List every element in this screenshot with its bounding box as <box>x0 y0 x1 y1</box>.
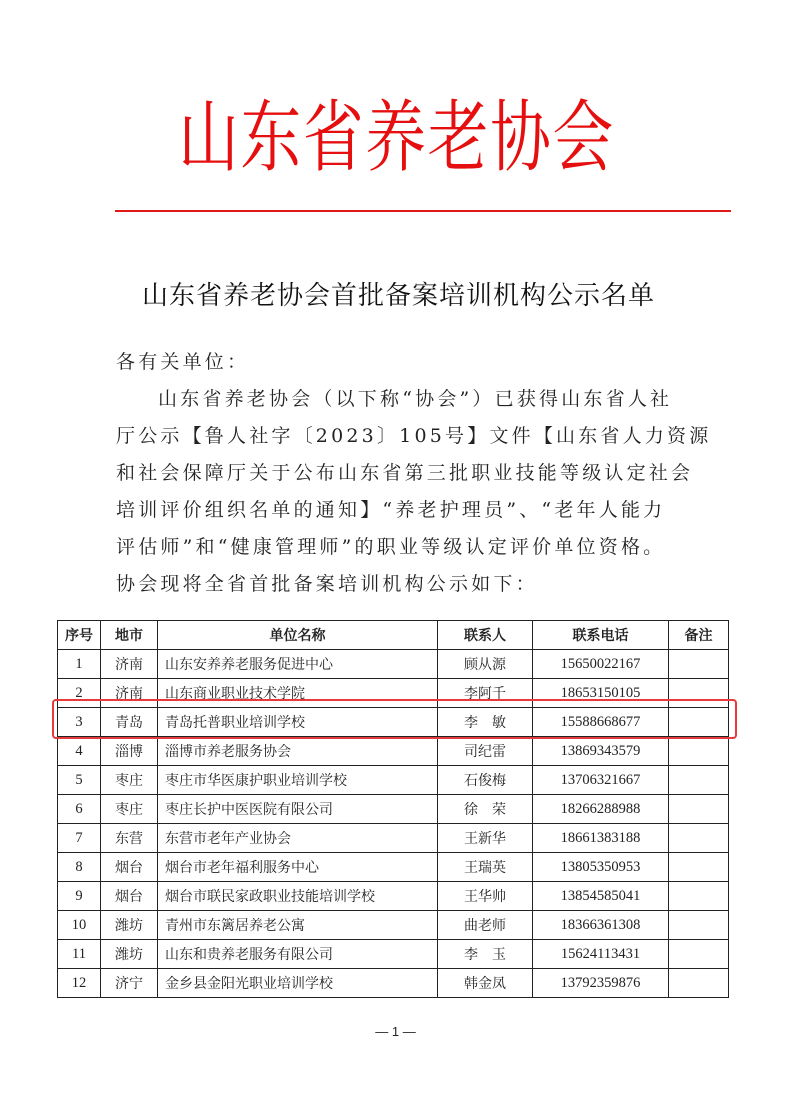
cell-no: 7 <box>58 824 101 853</box>
cell-city: 青岛 <box>101 708 158 737</box>
cell-contact: 顾从源 <box>438 650 533 679</box>
cell-phone: 18366361308 <box>533 911 669 940</box>
cell-no: 4 <box>58 737 101 766</box>
cell-contact: 曲老师 <box>438 911 533 940</box>
paragraph-line: 厅公示【鲁人社字〔2023〕105号】文件【山东省人力资源 <box>116 418 676 455</box>
cell-note <box>669 679 729 708</box>
cell-phone: 15624113431 <box>533 940 669 969</box>
cell-city: 烟台 <box>101 853 158 882</box>
cell-contact: 徐 荣 <box>438 795 533 824</box>
institution-roster-table: 序号 地市 单位名称 联系人 联系电话 备注 1济南山东安养养老服务促进中心顾从… <box>57 620 729 998</box>
cell-city: 潍坊 <box>101 911 158 940</box>
paragraph-line: 山东省养老协会（以下称“协会”）已获得山东省人社 <box>116 381 676 418</box>
table-row: 3青岛青岛托普职业培训学校李 敏15588668677 <box>58 708 729 737</box>
cell-phone: 18661383188 <box>533 824 669 853</box>
cell-phone: 18653150105 <box>533 679 669 708</box>
header-phone: 联系电话 <box>533 621 669 650</box>
cell-note <box>669 940 729 969</box>
letterhead-divider <box>115 210 731 212</box>
cell-note <box>669 795 729 824</box>
cell-unit-name: 金乡县金阳光职业培训学校 <box>158 969 438 998</box>
cell-phone: 13869343579 <box>533 737 669 766</box>
cell-unit-name: 淄博市养老服务协会 <box>158 737 438 766</box>
cell-contact: 韩金凤 <box>438 969 533 998</box>
table-row: 6枣庄枣庄长护中医医院有限公司徐 荣18266288988 <box>58 795 729 824</box>
table-row: 7东营东营市老年产业协会王新华18661383188 <box>58 824 729 853</box>
cell-contact: 李阿千 <box>438 679 533 708</box>
body-paragraph: 山东省养老协会（以下称“协会”）已获得山东省人社 厅公示【鲁人社字〔2023〕1… <box>116 381 676 603</box>
header-no: 序号 <box>58 621 101 650</box>
cell-no: 9 <box>58 882 101 911</box>
cell-contact: 石俊梅 <box>438 766 533 795</box>
cell-note <box>669 882 729 911</box>
cell-no: 10 <box>58 911 101 940</box>
cell-phone: 13805350953 <box>533 853 669 882</box>
cell-no: 6 <box>58 795 101 824</box>
cell-note <box>669 824 729 853</box>
cell-unit-name: 青州市东篱居养老公寓 <box>158 911 438 940</box>
cell-phone: 15650022167 <box>533 650 669 679</box>
table-row: 8烟台烟台市老年福利服务中心王瑞英13805350953 <box>58 853 729 882</box>
table-row: 9烟台烟台市联民家政职业技能培训学校王华帅13854585041 <box>58 882 729 911</box>
cell-city: 淄博 <box>101 737 158 766</box>
cell-no: 3 <box>58 708 101 737</box>
paragraph-line: 和社会保障厅关于公布山东省第三批职业技能等级认定社会 <box>116 455 676 492</box>
table-header-row: 序号 地市 单位名称 联系人 联系电话 备注 <box>58 621 729 650</box>
paragraph-line: 评估师”和“健康管理师”的职业等级认定评价单位资格。 <box>116 529 676 566</box>
cell-unit-name: 东营市老年产业协会 <box>158 824 438 853</box>
document-title: 山东省养老协会首批备案培训机构公示名单 <box>0 278 791 314</box>
cell-no: 11 <box>58 940 101 969</box>
cell-unit-name: 山东和贵养老服务有限公司 <box>158 940 438 969</box>
cell-city: 济南 <box>101 679 158 708</box>
cell-phone: 15588668677 <box>533 708 669 737</box>
cell-note <box>669 708 729 737</box>
cell-unit-name: 枣庄长护中医医院有限公司 <box>158 795 438 824</box>
cell-city: 烟台 <box>101 882 158 911</box>
cell-no: 2 <box>58 679 101 708</box>
cell-note <box>669 650 729 679</box>
cell-contact: 王新华 <box>438 824 533 853</box>
cell-city: 济宁 <box>101 969 158 998</box>
cell-city: 东营 <box>101 824 158 853</box>
cell-unit-name: 青岛托普职业培训学校 <box>158 708 438 737</box>
cell-city: 枣庄 <box>101 766 158 795</box>
table-row: 2济南山东商业职业技术学院李阿千18653150105 <box>58 679 729 708</box>
table-row: 11潍坊山东和贵养老服务有限公司李 玉15624113431 <box>58 940 729 969</box>
table-row: 5枣庄枣庄市华医康护职业培训学校石俊梅13706321667 <box>58 766 729 795</box>
cell-phone: 13792359876 <box>533 969 669 998</box>
header-contact: 联系人 <box>438 621 533 650</box>
table-row: 4淄博淄博市养老服务协会司纪雷13869343579 <box>58 737 729 766</box>
cell-unit-name: 山东商业职业技术学院 <box>158 679 438 708</box>
paragraph-line: 协会现将全省首批备案培训机构公示如下： <box>116 566 676 603</box>
document-page: 山东省养老协会 山东省养老协会首批备案培训机构公示名单 各有关单位： 山东省养老… <box>0 0 791 1101</box>
header-city: 地市 <box>101 621 158 650</box>
page-number: — 1 — <box>0 1024 791 1039</box>
cell-contact: 李 敏 <box>438 708 533 737</box>
cell-note <box>669 911 729 940</box>
cell-city: 潍坊 <box>101 940 158 969</box>
cell-note <box>669 766 729 795</box>
cell-note <box>669 969 729 998</box>
cell-city: 济南 <box>101 650 158 679</box>
cell-unit-name: 烟台市联民家政职业技能培训学校 <box>158 882 438 911</box>
table-row: 1济南山东安养养老服务促进中心顾从源15650022167 <box>58 650 729 679</box>
salutation: 各有关单位： <box>116 344 676 381</box>
cell-unit-name: 枣庄市华医康护职业培训学校 <box>158 766 438 795</box>
cell-contact: 王华帅 <box>438 882 533 911</box>
cell-phone: 13854585041 <box>533 882 669 911</box>
paragraph-line: 培训评价组织名单的通知】“养老护理员”、“老年人能力 <box>116 492 676 529</box>
cell-phone: 13706321667 <box>533 766 669 795</box>
cell-contact: 司纪雷 <box>438 737 533 766</box>
cell-no: 8 <box>58 853 101 882</box>
cell-contact: 李 玉 <box>438 940 533 969</box>
cell-unit-name: 烟台市老年福利服务中心 <box>158 853 438 882</box>
cell-phone: 18266288988 <box>533 795 669 824</box>
header-unit-name: 单位名称 <box>158 621 438 650</box>
table-row: 10潍坊青州市东篱居养老公寓曲老师18366361308 <box>58 911 729 940</box>
cell-no: 5 <box>58 766 101 795</box>
cell-unit-name: 山东安养养老服务促进中心 <box>158 650 438 679</box>
cell-city: 枣庄 <box>101 795 158 824</box>
cell-no: 12 <box>58 969 101 998</box>
cell-no: 1 <box>58 650 101 679</box>
table-row: 12济宁金乡县金阳光职业培训学校韩金凤13792359876 <box>58 969 729 998</box>
cell-note <box>669 853 729 882</box>
letterhead-org-name: 山东省养老协会 <box>88 88 705 188</box>
header-note: 备注 <box>669 621 729 650</box>
cell-contact: 王瑞英 <box>438 853 533 882</box>
cell-note <box>669 737 729 766</box>
